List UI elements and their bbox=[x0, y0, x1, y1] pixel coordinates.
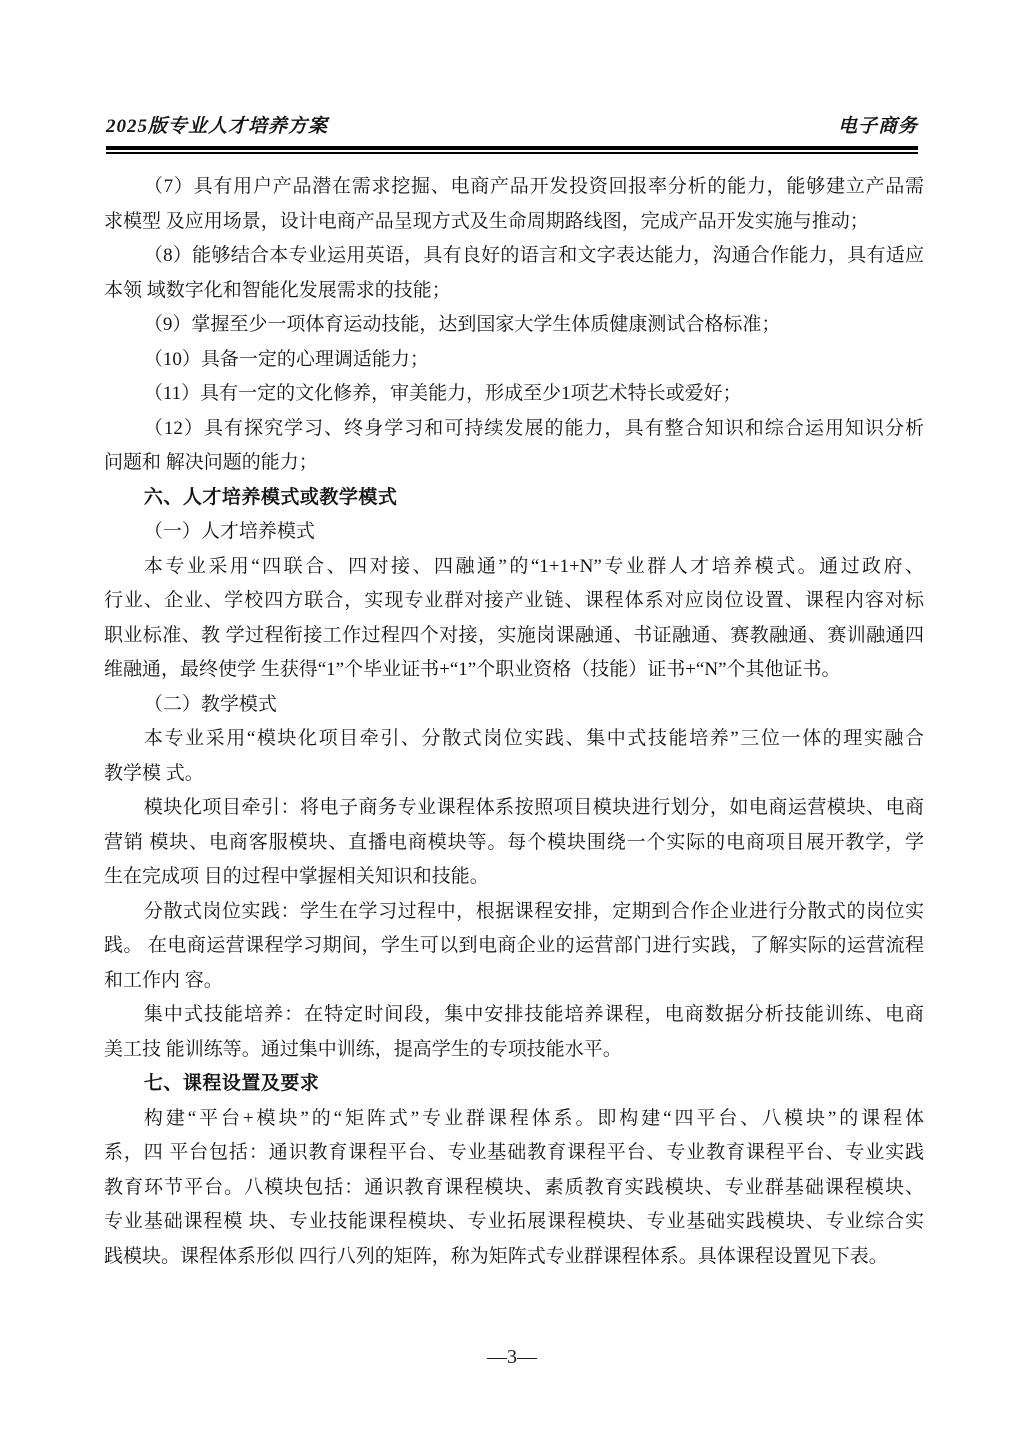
text-line: 构建“平台+模块”的“矩阵式”专业群课程体系。即构建“四平台、八模块”的课程体 bbox=[104, 1102, 924, 1137]
header-rule bbox=[106, 146, 918, 154]
page-number: —3— bbox=[487, 1346, 537, 1368]
section-heading: 七、课程设置及要求 bbox=[104, 1067, 924, 1102]
text-line: 职业标准、教 学过程衔接工作过程四个对接，实施岗课融通、书证融通、赛教融通、赛训… bbox=[104, 619, 924, 654]
text-line: 集中式技能培养：在特定时间段，集中安排技能培养课程，电商数据分析技能训练、电商 bbox=[104, 998, 924, 1033]
text-line: （11）具有一定的文化修养，审美能力，形成至少1项艺术特长或爱好； bbox=[104, 377, 924, 412]
document-page: 2025版专业人才培养方案 电子商务 （7）具有用户产品潜在需求挖掘、电商产品开… bbox=[0, 0, 1024, 1448]
text-line: 维融通，最终使学 生获得“1”个毕业证书+“1”个职业资格（技能）证书+“N”个… bbox=[104, 653, 924, 688]
text-line: 本专业采用“四联合、四对接、四融通”的“1+1+N”专业群人才培养模式。通过政府… bbox=[104, 550, 924, 585]
text-line: 美工技 能训练等。通过集中训练，提高学生的专项技能水平。 bbox=[104, 1033, 924, 1068]
text-line: （8）能够结合本专业运用英语，具有良好的语言和文字表达能力，沟通合作能力，具有适… bbox=[104, 239, 924, 274]
text-line: （10）具备一定的心理调适能力； bbox=[104, 343, 924, 378]
text-line: 行业、企业、学校四方联合，实现专业群对接产业链、课程体系对应岗位设置、课程内容对… bbox=[104, 584, 924, 619]
text-line: （二）教学模式 bbox=[104, 688, 924, 723]
text-line: 问题和 解决问题的能力； bbox=[104, 446, 924, 481]
header-left-title: 2025版专业人才培养方案 bbox=[106, 112, 328, 142]
page-footer: —3— bbox=[0, 1346, 1024, 1369]
text-line: 营销 模块、电商客服模块、直播电商模块等。每个模块围绕一个实际的电商项目展开教学… bbox=[104, 826, 924, 861]
text-line: （一）人才培养模式 bbox=[104, 515, 924, 550]
text-line: 践模块。课程体系形似 四行八列的矩阵，称为矩阵式专业群课程体系。具体课程设置见下… bbox=[104, 1240, 924, 1275]
page-header: 2025版专业人才培养方案 电子商务 bbox=[106, 112, 918, 154]
text-line: （12）具有探究学习、终身学习和可持续发展的能力，具有整合知识和综合运用知识分析 bbox=[104, 412, 924, 447]
text-line: 专业基础课程模 块、专业技能课程模块、专业拓展课程模块、专业基础实践模块、专业综… bbox=[104, 1205, 924, 1240]
header-right-title: 电子商务 bbox=[838, 112, 918, 142]
text-line: （9）掌握至少一项体育运动技能，达到国家大学生体质健康测试合格标准； bbox=[104, 308, 924, 343]
text-line: 践。 在电商运营课程学习期间，学生可以到电商企业的运营部门进行实践，了解实际的运… bbox=[104, 929, 924, 964]
text-line: 和工作内 容。 bbox=[104, 964, 924, 999]
text-line: 分散式岗位实践：学生在学习过程中，根据课程安排，定期到合作企业进行分散式的岗位实 bbox=[104, 895, 924, 930]
text-line: 教学模 式。 bbox=[104, 757, 924, 792]
section-heading: 六、人才培养模式或教学模式 bbox=[104, 481, 924, 516]
text-line: 本专业采用“模块化项目牵引、分散式岗位实践、集中式技能培养”三位一体的理实融合 bbox=[104, 722, 924, 757]
document-body: （7）具有用户产品潜在需求挖掘、电商产品开发投资回报率分析的能力，能够建立产品需… bbox=[104, 170, 924, 1274]
text-line: 系，四 平台包括：通识教育课程平台、专业基础教育课程平台、专业教育课程平台、专业… bbox=[104, 1136, 924, 1171]
text-line: 本领 域数字化和智能化发展需求的技能； bbox=[104, 274, 924, 309]
text-line: 生在完成项 目的过程中掌握相关知识和技能。 bbox=[104, 860, 924, 895]
text-line: 教育环节平台。八模块包括：通识教育课程模块、素质教育实践模块、专业群基础课程模块… bbox=[104, 1171, 924, 1206]
text-line: 模块化项目牵引：将电子商务专业课程体系按照项目模块进行划分，如电商运营模块、电商 bbox=[104, 791, 924, 826]
text-line: 求模型 及应用场景，设计电商产品呈现方式及生命周期路线图，完成产品开发实施与推动… bbox=[104, 205, 924, 240]
text-line: （7）具有用户产品潜在需求挖掘、电商产品开发投资回报率分析的能力，能够建立产品需 bbox=[104, 170, 924, 205]
